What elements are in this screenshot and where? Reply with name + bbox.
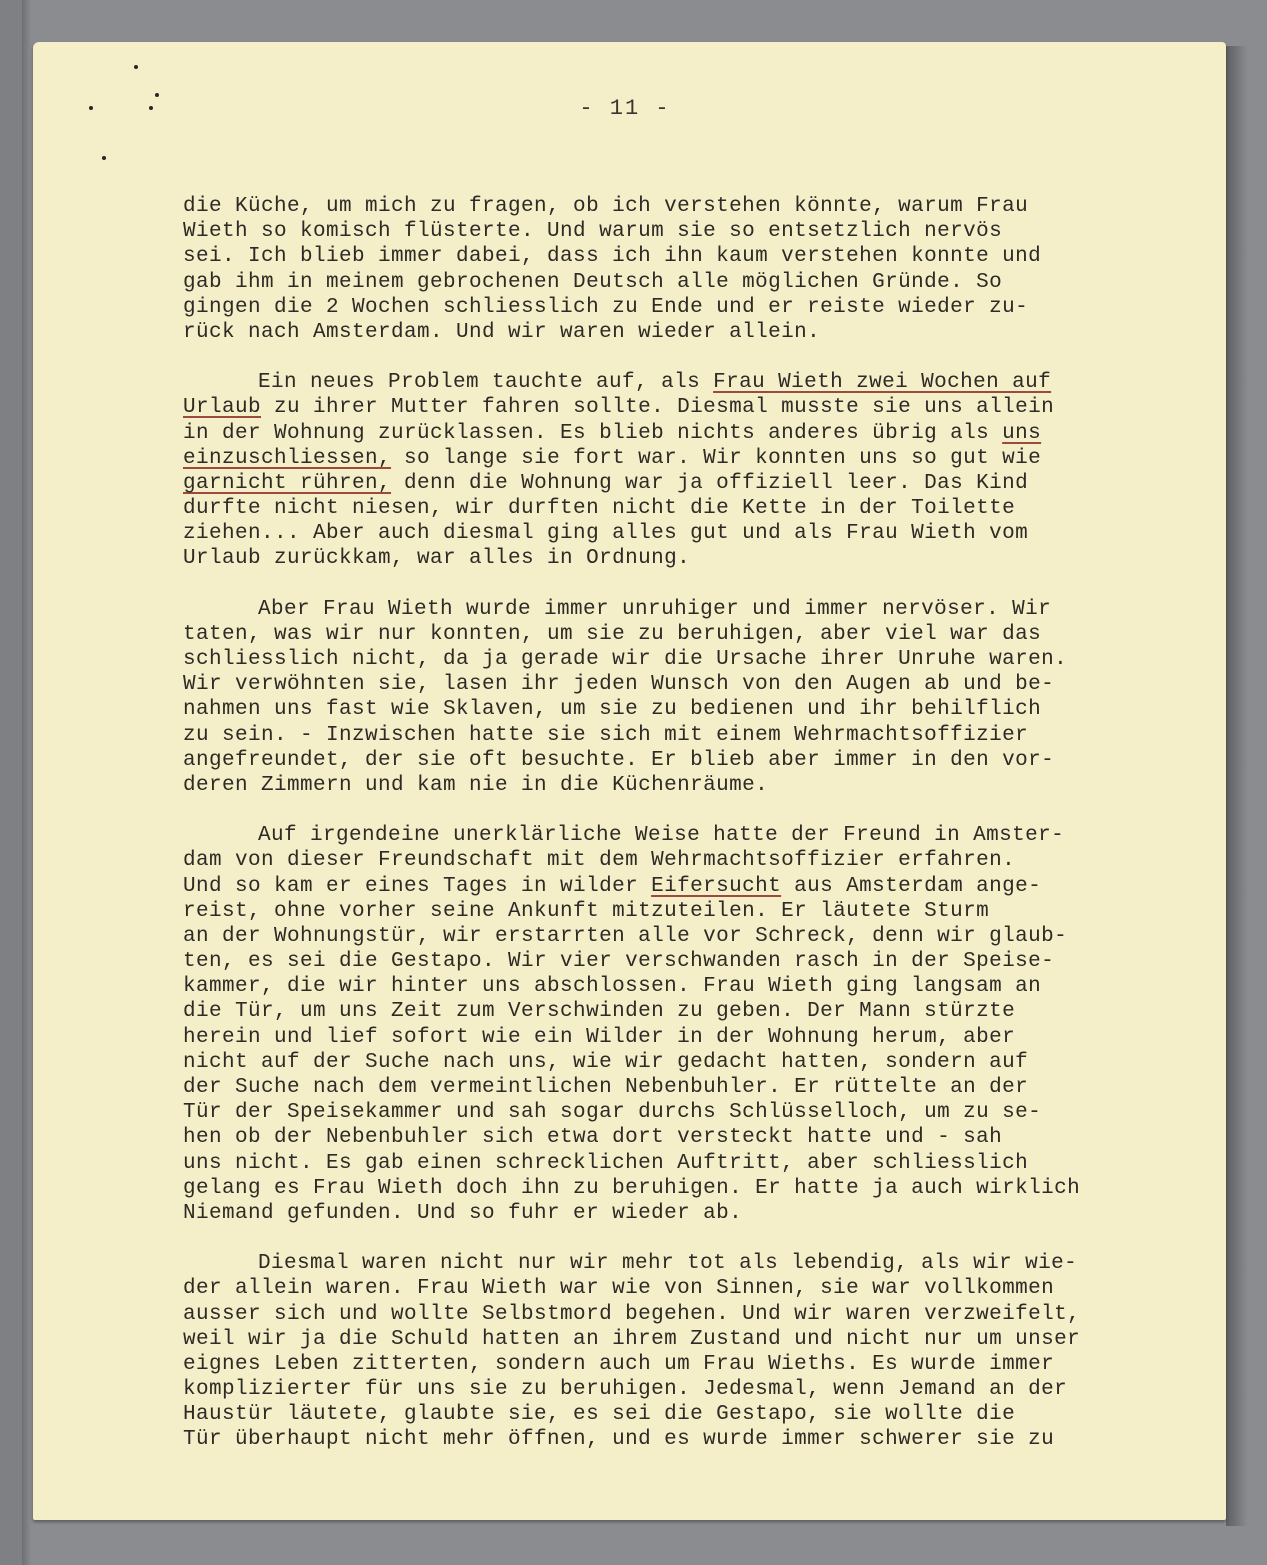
text-line: Wieth so komisch flüsterte. Und warum si…: [183, 219, 1223, 244]
text-line: Tür der Speisekammer und sah sogar durch…: [183, 1100, 1223, 1125]
text-line: der allein waren. Frau Wieth war wie von…: [183, 1276, 1223, 1301]
text-line: ausser sich und wollte Selbstmord begehe…: [183, 1302, 1223, 1327]
red-underline-annotation: Urlaub: [183, 396, 261, 419]
text-line: ten, es sei die Gestapo. Wir vier versch…: [183, 949, 1223, 974]
text-line: angefreundet, der sie oft besuchte. Er b…: [183, 748, 1223, 773]
text-line: die Küche, um mich zu fragen, ob ich ver…: [183, 194, 1223, 219]
text-line: sei. Ich blieb immer dabei, dass ich ihn…: [183, 244, 1223, 269]
text-line: kammer, die wir hinter uns abschlossen. …: [183, 974, 1223, 999]
text-line: garnicht rühren, denn die Wohnung war ja…: [183, 471, 1223, 496]
text-segment: zu ihrer Mutter fahren sollte. Diesmal m…: [261, 396, 1054, 419]
text-line: komplizierter für uns sie zu beruhigen. …: [183, 1377, 1223, 1402]
text-line: taten, was wir nur konnten, um sie zu be…: [183, 622, 1223, 647]
text-segment: Und so kam er eines Tages in wilder: [183, 875, 651, 898]
text-line: rück nach Amsterdam. Und wir waren wiede…: [183, 320, 1223, 345]
text-line: gab ihm in meinem gebrochenen Deutsch al…: [183, 270, 1223, 295]
red-underline-annotation: Frau Wieth zwei Wochen auf: [713, 371, 1051, 394]
paragraph: die Küche, um mich zu fragen, ob ich ver…: [183, 194, 1223, 345]
text-segment: so lange sie fort war. Wir konnten uns s…: [391, 447, 1041, 470]
text-line: Aber Frau Wieth wurde immer unruhiger un…: [183, 597, 1223, 622]
text-line: an der Wohnungstür, wir erstarrten alle …: [183, 924, 1223, 949]
red-underline-annotation: Eifersucht: [651, 875, 781, 898]
text-line: Tür überhaupt nicht mehr öffnen, und es …: [183, 1427, 1223, 1452]
paragraph: Ein neues Problem tauchte auf, als Frau …: [183, 370, 1223, 572]
text-line: Haustür läutete, glaubte sie, es sei die…: [183, 1402, 1223, 1427]
text-line: die Tür, um uns Zeit zum Verschwinden zu…: [183, 999, 1223, 1024]
text-line: herein und lief sofort wie ein Wilder in…: [183, 1025, 1223, 1050]
text-line: gelang es Frau Wieth doch ihn zu beruhig…: [183, 1176, 1223, 1201]
text-line: Niemand gefunden. Und so fuhr er wieder …: [183, 1201, 1223, 1226]
text-segment: denn die Wohnung war ja offiziell leer. …: [391, 472, 1028, 495]
red-underline-annotation: garnicht rühren,: [183, 472, 391, 495]
text-line: Und so kam er eines Tages in wilder Eife…: [183, 874, 1223, 899]
ink-speck: [149, 106, 153, 110]
ink-speck: [155, 93, 159, 97]
text-line: deren Zimmern und kam nie in die Küchenr…: [183, 773, 1223, 798]
text-line: Ein neues Problem tauchte auf, als Frau …: [183, 370, 1223, 395]
text-line: gingen die 2 Wochen schliesslich zu Ende…: [183, 295, 1223, 320]
document-body: die Küche, um mich zu fragen, ob ich ver…: [183, 194, 1223, 1478]
text-line: nicht auf der Suche nach uns, wie wir ge…: [183, 1050, 1223, 1075]
ink-speck: [102, 156, 106, 160]
text-line: eignes Leben zitterten, sondern auch um …: [183, 1352, 1223, 1377]
text-segment: aus Amsterdam ange-: [781, 875, 1041, 898]
ink-speck: [89, 106, 93, 110]
page-number: - 11 -: [540, 96, 710, 121]
text-line: der Suche nach dem vermeintlichen Nebenb…: [183, 1075, 1223, 1100]
background-strip: [0, 0, 22, 1565]
text-line: Urlaub zu ihrer Mutter fahren sollte. Di…: [183, 395, 1223, 420]
text-line: Auf irgendeine unerklärliche Weise hatte…: [183, 823, 1223, 848]
text-line: schliesslich nicht, da ja gerade wir die…: [183, 647, 1223, 672]
text-line: Urlaub zurückkam, war alles in Ordnung.: [183, 546, 1223, 571]
text-line: Wir verwöhnten sie, lasen ihr jeden Wuns…: [183, 672, 1223, 697]
text-line: einzuschliessen, so lange sie fort war. …: [183, 446, 1223, 471]
paragraph: Diesmal waren nicht nur wir mehr tot als…: [183, 1251, 1223, 1453]
text-line: nahmen uns fast wie Sklaven, um sie zu b…: [183, 697, 1223, 722]
text-line: Diesmal waren nicht nur wir mehr tot als…: [183, 1251, 1223, 1276]
text-line: in der Wohnung zurücklassen. Es blieb ni…: [183, 421, 1223, 446]
text-segment: Ein neues Problem tauchte auf, als: [258, 371, 713, 394]
text-line: zu sein. - Inzwischen hatte sie sich mit…: [183, 723, 1223, 748]
text-line: durfte nicht niesen, wir durften nicht d…: [183, 496, 1223, 521]
text-line: hen ob der Nebenbuhler sich etwa dort ve…: [183, 1125, 1223, 1150]
text-line: reist, ohne vorher seine Ankunft mitzute…: [183, 899, 1223, 924]
paper-shadow: [1226, 46, 1248, 1526]
text-line: dam von dieser Freundschaft mit dem Wehr…: [183, 848, 1223, 873]
background-edge: [22, 0, 32, 1565]
text-line: uns nicht. Es gab einen schrecklichen Au…: [183, 1151, 1223, 1176]
paragraph: Auf irgendeine unerklärliche Weise hatte…: [183, 823, 1223, 1226]
text-line: ziehen... Aber auch diesmal ging alles g…: [183, 521, 1223, 546]
text-line: weil wir ja die Schuld hatten an ihrem Z…: [183, 1327, 1223, 1352]
paragraph: Aber Frau Wieth wurde immer unruhiger un…: [183, 597, 1223, 799]
red-underline-annotation: uns: [1002, 422, 1041, 445]
text-segment: in der Wohnung zurücklassen. Es blieb ni…: [183, 422, 1002, 445]
red-underline-annotation: einzuschliessen,: [183, 447, 391, 470]
ink-speck: [134, 65, 138, 69]
